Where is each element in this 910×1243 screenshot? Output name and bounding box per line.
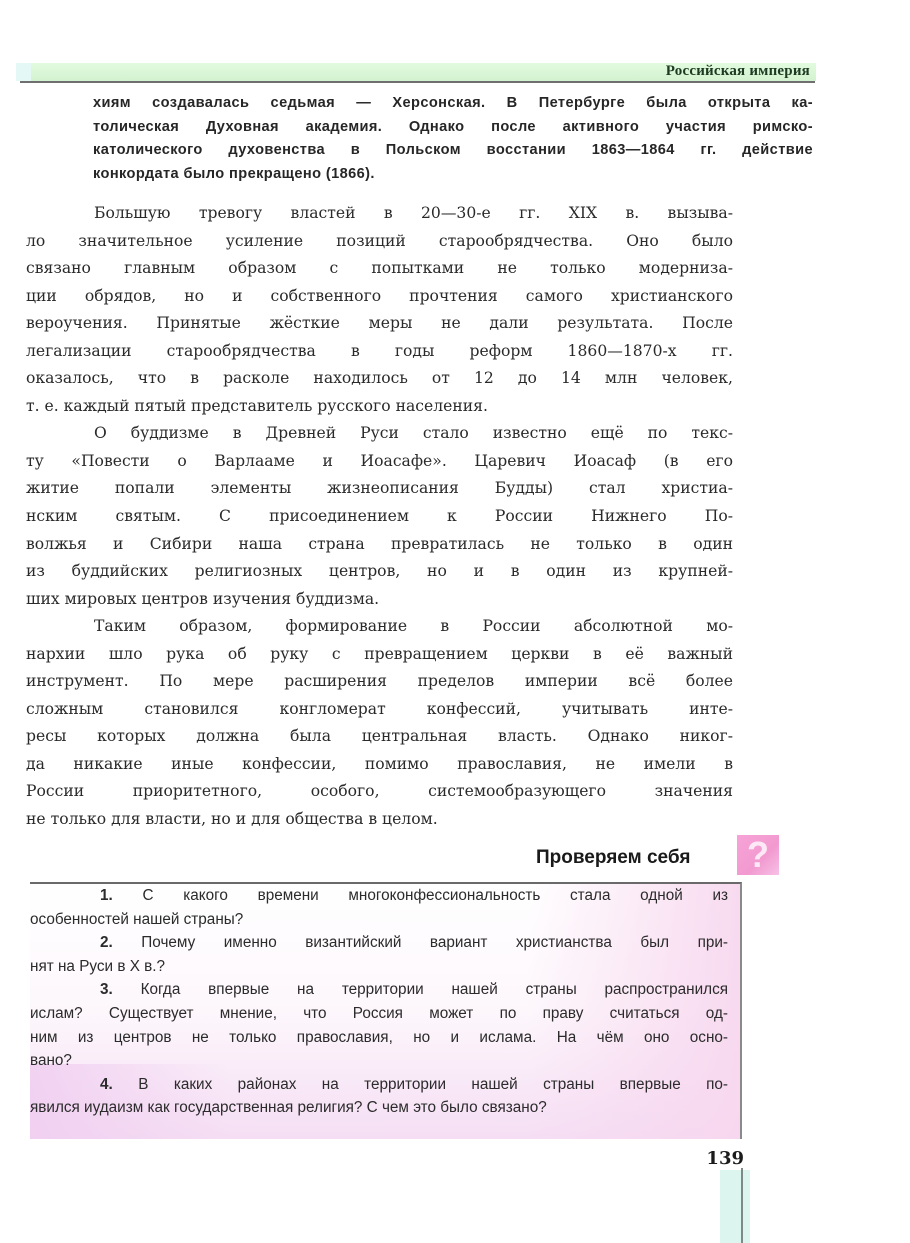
side-margin-rule (741, 1168, 743, 1243)
running-head: Российская империя (666, 60, 810, 82)
text-line: инструмент. По мере расширения пределов … (26, 668, 733, 696)
question-number: 3. (100, 981, 113, 998)
text-line: оказалось, что в расколе находилось от 1… (26, 365, 733, 393)
self-check-title: Проверяем себя (536, 845, 690, 871)
text-line: ресы которых должна была центральная вла… (26, 723, 733, 751)
paragraph-buddhism: О буддизме в Древней Руси стало известно… (26, 420, 733, 613)
text-line: конкордата было прекращено (1866). (93, 163, 813, 187)
text-line: житие попали элементы жизнеописания Будд… (26, 475, 733, 503)
question-item: 4. В каких районах на территории нашей с… (30, 1073, 728, 1120)
question-text: В каких районах на территории нашей стра… (138, 1076, 728, 1093)
question-item: 3. Когда впервые на территории нашей стр… (30, 978, 728, 1072)
question-text: явился иудаизм как государственная религ… (30, 1096, 728, 1120)
question-text: вано? (30, 1049, 728, 1073)
question-text: ним из центров не только православия, но… (30, 1026, 728, 1050)
text-line: ло значительное усиление позиций старооб… (26, 228, 733, 256)
question-item: 1. С какого времени многоконфессионально… (30, 884, 728, 931)
question-glyph: ? (743, 836, 773, 874)
question-text: ислам? Существует мнение, что Россия мож… (30, 1002, 728, 1026)
text-line: нским святым. С присоединением к России … (26, 503, 733, 531)
text-line: вероучения. Принятые жёсткие меры не дал… (26, 310, 733, 338)
text-line: не только для власти, но и для общества … (26, 806, 733, 834)
text-line: О буддизме в Древней Руси стало известно… (26, 420, 733, 448)
text-line: из буддийских религиозных центров, но и … (26, 558, 733, 586)
question-text: нят на Руси в X в.? (30, 955, 728, 979)
text-line: ших мировых центров изучения буддизма. (26, 586, 733, 614)
text-line: ту «Повести о Варлааме и Иоасафе». Царев… (26, 448, 733, 476)
text-line: т. е. каждый пятый представитель русског… (26, 393, 733, 421)
text-line: да никакие иные конфессии, помимо правос… (26, 751, 733, 779)
question-number: 4. (100, 1076, 113, 1093)
question-text: Когда впервые на территории нашей страны… (141, 981, 728, 998)
paragraph-conclusion: Таким образом, формирование в России абс… (26, 613, 733, 833)
question-number: 1. (100, 887, 113, 904)
text-line: связано главным образом с попытками не т… (26, 255, 733, 283)
bold-paragraph: хиям создавалась седьмая — Херсонская. В… (93, 92, 813, 186)
text-line: волжья и Сибири наша страна превратилась… (26, 531, 733, 559)
question-text: особенностей нашей страны? (30, 908, 728, 932)
text-line: католического духовенства в Польском вос… (93, 139, 813, 163)
question-number: 2. (100, 934, 113, 951)
text-line: нархии шло рука об руку с превращением ц… (26, 641, 733, 669)
text-line: легализации старообрядчества в годы рефо… (26, 338, 733, 366)
text-line: ции обрядов, но и собственного прочтения… (26, 283, 733, 311)
text-line: сложным становился конгломерат конфессий… (26, 696, 733, 724)
text-line: России приоритетного, особого, системооб… (26, 778, 733, 806)
text-line: толическая Духовная академия. Однако пос… (93, 116, 813, 140)
body-text: Большую тревогу властей в 20—30-е гг. XI… (26, 200, 733, 834)
paragraph-old-believers: Большую тревогу властей в 20—30-е гг. XI… (26, 200, 733, 420)
question-text: С какого времени многоконфессиональность… (142, 887, 728, 904)
question-item: 2. Почему именно византийский вариант хр… (30, 931, 728, 978)
text-line: Большую тревогу властей в 20—30-е гг. XI… (26, 200, 733, 228)
question-list: 1. С какого времени многоконфессионально… (30, 884, 728, 1120)
question-text: Почему именно византийский вариант христ… (141, 934, 728, 951)
text-line: Таким образом, формирование в России абс… (26, 613, 733, 641)
page-number: 139 (704, 1146, 744, 1172)
text-line: хиям создавалась седьмая — Херсонская. В… (93, 92, 813, 116)
side-margin-band (720, 1170, 750, 1243)
question-mark-icon: ? (737, 835, 779, 875)
